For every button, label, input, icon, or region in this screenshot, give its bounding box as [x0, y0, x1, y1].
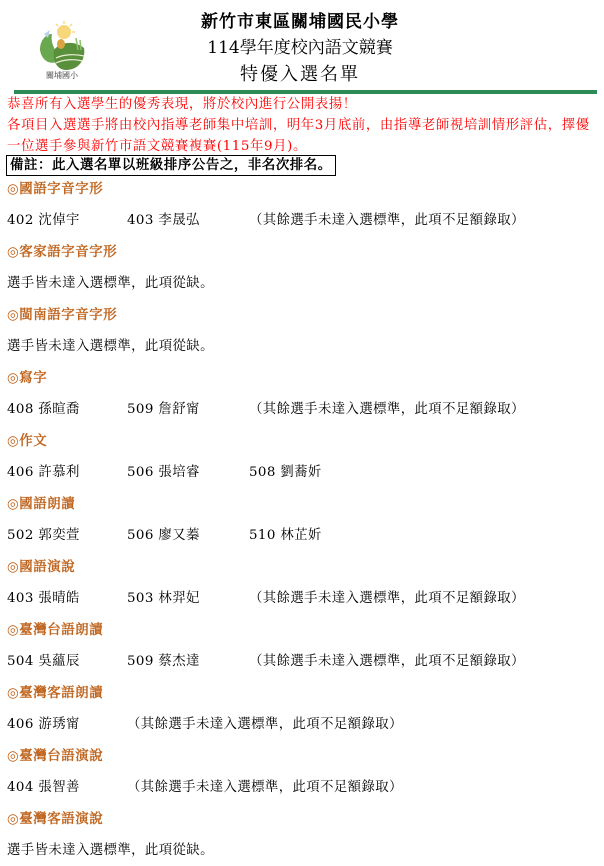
intro-line-congrats: 恭喜所有入選學生的優秀表現，將於校內進行公開表揚！	[7, 94, 602, 115]
category-title: ◎閩南語字音字形	[7, 304, 602, 326]
student-entry: 403 李晟弘	[127, 200, 249, 241]
category-results: 403 張晴皓503 林羿妃（其餘選手未達入選標準，此項不足額錄取）	[7, 578, 602, 619]
vacancy-message: 選手皆未達入選標準，此項從缺。	[7, 830, 214, 866]
list-title: 特優入選名單	[150, 62, 450, 88]
shortfall-remark: （其餘選手未達入選標準，此項不足額錄取）	[249, 641, 525, 682]
shortfall-remark: （其餘選手未達入選標準，此項不足額錄取）	[127, 767, 403, 808]
category-results: 選手皆未達入選標準，此項從缺。	[7, 326, 602, 367]
intro-line-training: 各項目入選選手將由校內指導老師集中培訓，明年3月底前，由指導老師視培訓情形評估，…	[7, 115, 602, 157]
category-section: ◎臺灣台語演說404 張智善（其餘選手未達入選標準，此項不足額錄取）	[7, 745, 602, 808]
student-entry: 509 詹舒甯	[127, 389, 249, 430]
student-entry: 406 游琇甯	[7, 704, 127, 745]
school-name: 新竹市東區關埔國民小學	[150, 10, 450, 34]
shortfall-remark: （其餘選手未達入選標準，此項不足額錄取）	[127, 704, 403, 745]
category-section: ◎國語演說403 張晴皓503 林羿妃（其餘選手未達入選標準，此項不足額錄取）	[7, 556, 602, 619]
category-results: 406 游琇甯（其餘選手未達入選標準，此項不足額錄取）	[7, 704, 602, 745]
student-entry: 408 孫暄喬	[7, 389, 127, 430]
shortfall-remark: （其餘選手未達入選標準，此項不足額錄取）	[249, 578, 525, 619]
category-section: ◎寫字408 孫暄喬509 詹舒甯（其餘選手未達入選標準，此項不足額錄取）	[7, 367, 602, 430]
category-results: 選手皆未達入選標準，此項從缺。	[7, 263, 602, 304]
student-entry: 510 林芷妡	[249, 515, 371, 556]
category-title: ◎臺灣台語演說	[7, 745, 602, 767]
shortfall-remark: （其餘選手未達入選標準，此項不足額錄取）	[249, 200, 525, 241]
vacancy-message: 選手皆未達入選標準，此項從缺。	[7, 263, 214, 304]
shortfall-remark: （其餘選手未達入選標準，此項不足額錄取）	[249, 389, 525, 430]
student-entry: 506 張培睿	[127, 452, 249, 493]
category-section: ◎臺灣台語朗讀504 吳蘊辰509 蔡杰達（其餘選手未達入選標準，此項不足額錄取…	[7, 619, 602, 682]
category-results: 404 張智善（其餘選手未達入選標準，此項不足額錄取）	[7, 767, 602, 808]
logo-caption: 關埔國小	[34, 70, 90, 81]
note-box: 備註：此入選名單以班級排序公告之，非名次排名。	[6, 155, 336, 176]
category-results: 502 郭奕萱506 廖又蓁510 林芷妡	[7, 515, 602, 556]
category-results: 402 沈倬宇403 李晟弘（其餘選手未達入選標準，此項不足額錄取）	[7, 200, 602, 241]
student-entry: 402 沈倬宇	[7, 200, 127, 241]
category-title: ◎臺灣客語演說	[7, 808, 602, 830]
student-entry: 503 林羿妃	[127, 578, 249, 619]
category-section: ◎客家語字音字形選手皆未達入選標準，此項從缺。	[7, 241, 602, 304]
category-results: 504 吳蘊辰509 蔡杰達（其餘選手未達入選標準，此項不足額錄取）	[7, 641, 602, 682]
category-results: 選手皆未達入選標準，此項從缺。	[7, 830, 602, 866]
category-title: ◎臺灣台語朗讀	[7, 619, 602, 641]
category-section: ◎國語字音字形402 沈倬宇403 李晟弘（其餘選手未達入選標準，此項不足額錄取…	[7, 178, 602, 241]
category-title: ◎國語朗讀	[7, 493, 602, 515]
results-list: ◎國語字音字形402 沈倬宇403 李晟弘（其餘選手未達入選標準，此項不足額錄取…	[7, 178, 602, 866]
category-title: ◎國語演說	[7, 556, 602, 578]
vacancy-message: 選手皆未達入選標準，此項從缺。	[7, 326, 214, 367]
category-results: 406 許慕利506 張培睿508 劉蕎妡	[7, 452, 602, 493]
category-section: ◎作文406 許慕利506 張培睿508 劉蕎妡	[7, 430, 602, 493]
event-title: 114學年度校內語文競賽	[150, 35, 450, 61]
title-block: 新竹市東區關埔國民小學 114學年度校內語文競賽 特優入選名單	[150, 10, 450, 88]
student-entry: 504 吳蘊辰	[7, 641, 127, 682]
student-entry: 403 張晴皓	[7, 578, 127, 619]
category-title: ◎臺灣客語朗讀	[7, 682, 602, 704]
category-title: ◎作文	[7, 430, 602, 452]
category-section: ◎臺灣客語演說選手皆未達入選標準，此項從缺。	[7, 808, 602, 866]
category-title: ◎國語字音字形	[7, 178, 602, 200]
student-entry: 406 許慕利	[7, 452, 127, 493]
student-entry: 404 張智善	[7, 767, 127, 808]
category-title: ◎客家語字音字形	[7, 241, 602, 263]
category-section: ◎臺灣客語朗讀406 游琇甯（其餘選手未達入選標準，此項不足額錄取）	[7, 682, 602, 745]
student-entry: 506 廖又蓁	[127, 515, 249, 556]
student-entry: 509 蔡杰達	[127, 641, 249, 682]
intro-paragraph: 恭喜所有入選學生的優秀表現，將於校內進行公開表揚！ 各項目入選選手將由校內指導老…	[7, 94, 602, 157]
category-results: 408 孫暄喬509 詹舒甯（其餘選手未達入選標準，此項不足額錄取）	[7, 389, 602, 430]
category-section: ◎國語朗讀502 郭奕萱506 廖又蓁510 林芷妡	[7, 493, 602, 556]
category-title: ◎寫字	[7, 367, 602, 389]
student-entry: 508 劉蕎妡	[249, 452, 371, 493]
school-logo-icon	[34, 20, 90, 76]
category-section: ◎閩南語字音字形選手皆未達入選標準，此項從缺。	[7, 304, 602, 367]
student-entry: 502 郭奕萱	[7, 515, 127, 556]
document-header: 關埔國小 新竹市東區關埔國民小學 114學年度校內語文競賽 特優入選名單	[0, 0, 604, 92]
school-logo	[34, 20, 90, 76]
